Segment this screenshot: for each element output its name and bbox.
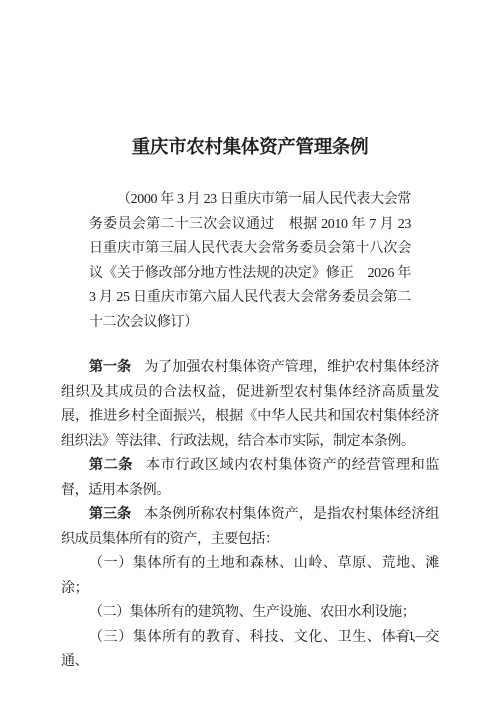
document-title: 重庆市农村集体资产管理条例	[61, 136, 439, 160]
list-item-2: （二）集体所有的建筑物、生产设施、农田水利设施；	[61, 601, 439, 626]
article-3-label: 第三条	[89, 507, 131, 522]
articles-section: 第一条为了加强农村集体资产管理，维护农村集体经济组织及其成员的合法权益，促进新型…	[61, 356, 439, 675]
document-page: 重庆市农村集体资产管理条例 （2000 年 3 月 23 日重庆市第一届人民代表…	[0, 0, 500, 708]
document-content: 重庆市农村集体资产管理条例 （2000 年 3 月 23 日重庆市第一届人民代表…	[61, 0, 439, 675]
article-1-label: 第一条	[89, 360, 131, 375]
list-item-3: （三）集体所有的教育、科技、文化、卫生、体育、交通、	[61, 626, 439, 675]
page-number: —1—	[395, 629, 429, 643]
article-paragraph-3: 第三条本条例所称农村集体资产，是指农村集体经济组织成员集体所有的资产，主要包括：	[61, 503, 439, 552]
article-paragraph-2: 第二条本市行政区域内农村集体资产的经营管理和监督，适用本条例。	[61, 454, 439, 503]
article-2-label: 第二条	[89, 458, 133, 473]
list-item-1: （一）集体所有的土地和森林、山岭、草原、荒地、滩涂；	[61, 552, 439, 601]
article-paragraph-1: 第一条为了加强农村集体资产管理，维护农村集体经济组织及其成员的合法权益，促进新型…	[61, 356, 439, 454]
preamble-paragraph: （2000 年 3 月 23 日重庆市第一届人民代表大会常务委员会第二十三次会议…	[89, 188, 411, 335]
